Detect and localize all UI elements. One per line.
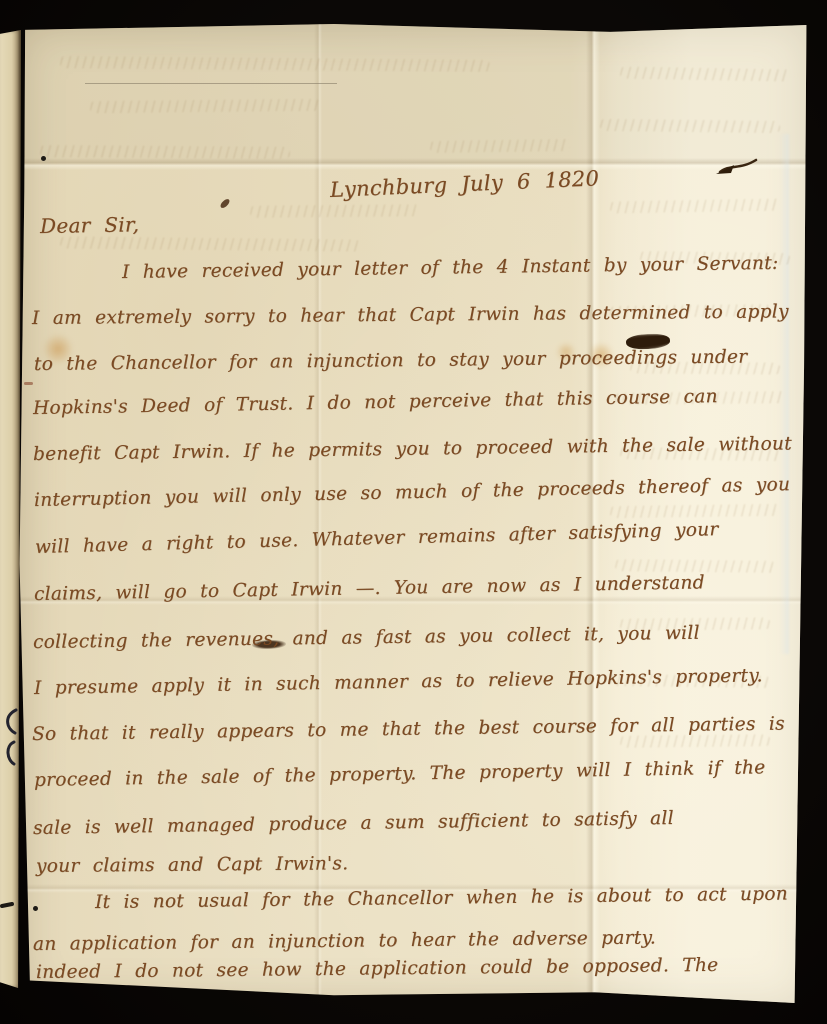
ghost-stroke: [430, 139, 570, 153]
ink-curl-mark: [0, 706, 20, 770]
ink-dot: [33, 906, 38, 911]
letter-line: will have a right to use. Whatever remai…: [35, 519, 719, 558]
folded-page-edge: [0, 30, 21, 988]
letter-line: interruption you will only use so much o…: [34, 474, 791, 511]
top-panel-shading: [18, 24, 808, 163]
ghost-stroke: [90, 99, 320, 113]
paper-edge-highlight: [780, 134, 789, 654]
ghost-stroke: [600, 119, 780, 133]
ghost-stroke: [250, 204, 420, 217]
ghost-stroke: [60, 56, 490, 72]
letter-salutation: Dear Sir,: [40, 212, 140, 238]
ink-dot: [41, 156, 46, 161]
letter-line: I presume apply it in such manner as to …: [34, 665, 763, 699]
letter-line: Hopkins's Deed of Trust. I do not percei…: [33, 386, 718, 419]
letter-line: indeed I do not see how the application …: [36, 955, 719, 983]
letter-line: collecting the revenues, and as fast as …: [33, 623, 700, 653]
letter-line: an application for an injunction to hear…: [33, 927, 656, 955]
ink-flourish-mark: [714, 156, 760, 180]
letter-line: So that it really appears to me that the…: [32, 713, 785, 745]
letter-line: sale is well managed produce a sum suffi…: [33, 808, 674, 839]
ghost-stroke: [60, 236, 360, 251]
ink-dash-mark: [0, 898, 20, 914]
stray-ink-mark: [24, 382, 33, 385]
letter-line: It is not usual for the Chancellor when …: [95, 884, 788, 913]
ghost-stroke: [615, 559, 775, 573]
letter-line: benefit Capt Irwin. If he permits you to…: [33, 433, 792, 465]
letter-line: claims, will go to Capt Irwin —. You are…: [34, 572, 705, 605]
fold-crease-horizontal: [18, 158, 808, 170]
letter-line: I have received your letter of the 4 Ins…: [122, 253, 779, 283]
scan-background: Lynchburg July 6 1820 Dear Sir, I have r…: [0, 0, 827, 1024]
ghost-stroke: [610, 504, 780, 518]
ghost-stroke: [40, 145, 290, 159]
letter-line: your claims and Capt Irwin's.: [36, 853, 349, 877]
ghost-stroke: [610, 199, 780, 214]
letter-line: I am extremely sorry to hear that Capt I…: [32, 301, 789, 329]
stray-ink-mark: [219, 197, 231, 209]
right-panel-shading: [595, 24, 808, 1006]
letter-dateline: Lynchburg July 6 1820: [329, 166, 599, 202]
ghost-stroke: [620, 67, 790, 82]
letter-line: proceed in the sale of the property. The…: [34, 757, 766, 791]
letter-line: to the Chancellor for an injunction to s…: [34, 347, 748, 375]
letter-page: Lynchburg July 6 1820 Dear Sir, I have r…: [18, 24, 808, 1006]
faint-ruled-line: [85, 83, 337, 84]
